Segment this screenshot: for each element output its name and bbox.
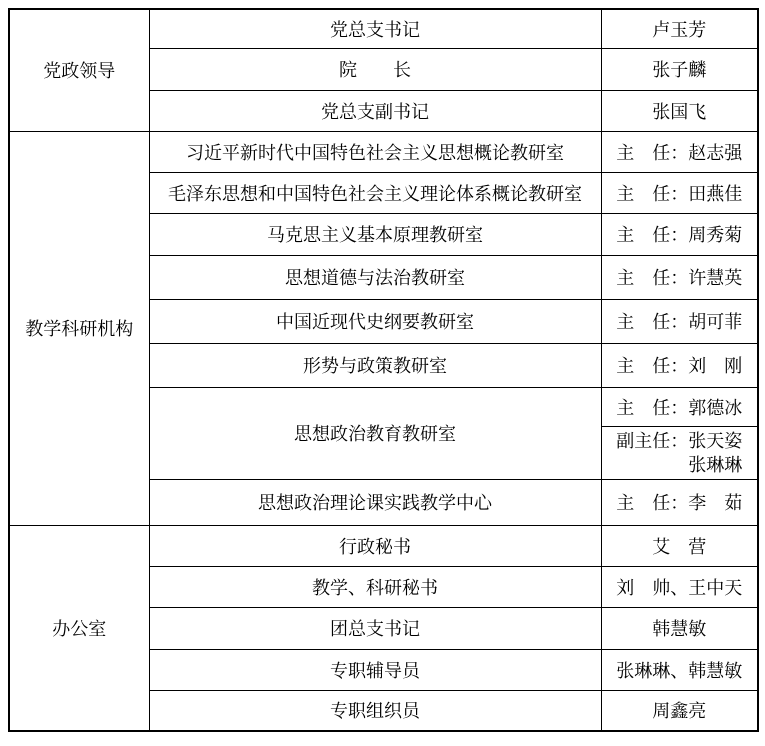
person-cell: 主 任：胡可菲 [601,299,758,343]
position-cell: 专职组织员 [149,690,601,731]
position-cell: 专职辅导员 [149,649,601,690]
position-cell: 思想政治理论课实践教学中心 [149,479,601,525]
position-cell: 中国近现代史纲要教研室 [149,299,601,343]
person-cell: 艾 营 [601,525,758,566]
position-cell: 行政秘书 [149,525,601,566]
page: 党政领导 党总支书记 卢玉芳 院 长 张子麟 党总支副书记 张国飞 教学科研机构… [0,8,765,746]
person-cell: 周鑫亮 [601,690,758,731]
category-cell: 党政领导 [9,9,149,131]
position-cell: 习近平新时代中国特色社会主义思想概论教研室 [149,131,601,172]
position-cell: 党总支书记 [149,9,601,48]
position-cell: 马克思主义基本原理教研室 [149,213,601,255]
person-cell: 张国飞 [601,90,758,131]
person-cell: 主 任：李 茹 [601,479,758,525]
person-cell: 韩慧敏 [601,607,758,649]
person-cell: 主 任：周秀菊 [601,213,758,255]
table-row: 教学科研机构 习近平新时代中国特色社会主义思想概论教研室 主 任：赵志强 [9,131,758,172]
table-row: 办公室 行政秘书 艾 营 [9,525,758,566]
position-cell: 教学、科研秘书 [149,566,601,607]
person-cell: 主 任：赵志强 [601,131,758,172]
position-cell: 形势与政策教研室 [149,343,601,387]
position-cell: 思想道德与法治教研室 [149,255,601,299]
person-cell: 张子麟 [601,48,758,90]
position-cell: 院 长 [149,48,601,90]
position-cell: 思想政治教育教研室 [149,387,601,479]
position-cell: 党总支副书记 [149,90,601,131]
person-cell: 刘 帅、王中天 [601,566,758,607]
table-row: 党政领导 党总支书记 卢玉芳 [9,9,758,48]
person-cell: 主 任：田燕佳 [601,172,758,213]
person-cell: 卢玉芳 [601,9,758,48]
position-cell: 团总支书记 [149,607,601,649]
position-cell: 毛泽东思想和中国特色社会主义理论体系概论教研室 [149,172,601,213]
person-cell: 张琳琳、韩慧敏 [601,649,758,690]
org-table: 党政领导 党总支书记 卢玉芳 院 长 张子麟 党总支副书记 张国飞 教学科研机构… [8,8,759,732]
category-cell: 教学科研机构 [9,131,149,525]
person-cell: 主 任：许慧英 [601,255,758,299]
person-cell: 副主任：张天姿 张琳琳 [601,426,758,479]
person-cell: 主 任：刘 刚 [601,343,758,387]
person-cell: 主 任：郭德冰 [601,387,758,426]
category-cell: 办公室 [9,525,149,731]
